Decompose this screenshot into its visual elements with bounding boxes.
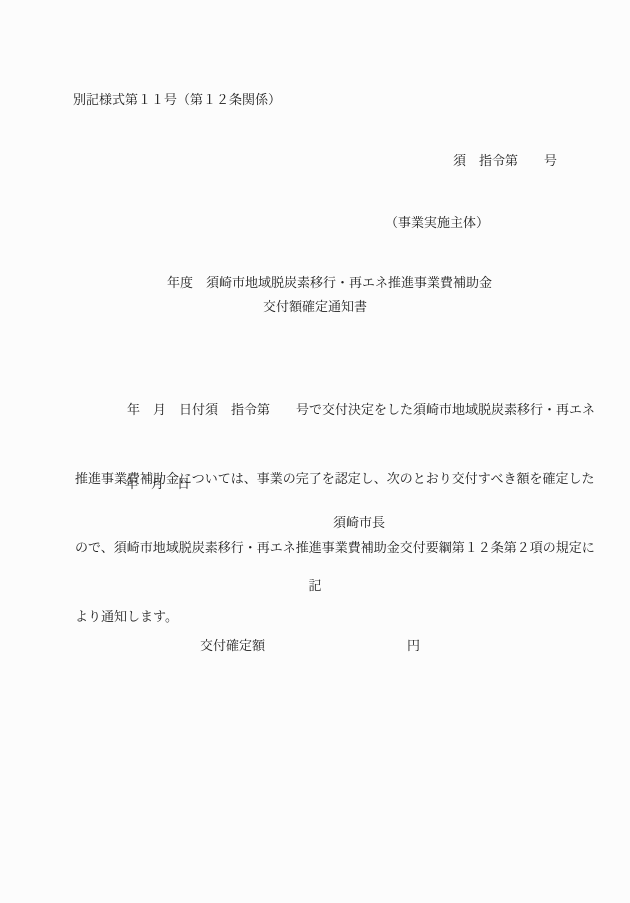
confirmed-amount-label: 交付確定額 (200, 638, 265, 654)
directive-number-line: 須 指令第 号 (453, 153, 557, 169)
amount-unit-label: 円 (407, 638, 420, 654)
body-paragraph: 年 月 日付須 指令第 号で交付決定をした須崎市地域脱炭素移行・再エネ 推進事業… (75, 352, 559, 674)
document-title-line1: 年度 須崎市地域脱炭素移行・再エネ推進事業費補助金 (167, 275, 492, 291)
recipient-label: （事業実施主体） (385, 215, 489, 231)
record-marker: 記 (0, 578, 630, 594)
document-title-line2: 交付額確定通知書 (0, 299, 630, 315)
body-line: より通知します。 (75, 605, 559, 628)
signer-name: 須崎市長 (333, 515, 385, 531)
issue-date-line: 年 月 日 (125, 476, 190, 492)
body-line: 年 月 日付須 指令第 号で交付決定をした須崎市地域脱炭素移行・再エネ (75, 398, 559, 421)
body-line: ので、須崎市地域脱炭素移行・再エネ推進事業費補助金交付要綱第１２条第２項の規定に (75, 536, 559, 559)
form-number-label: 別記様式第１１号（第１２条関係） (73, 92, 281, 108)
document-page: 別記様式第１１号（第１２条関係） 須 指令第 号 （事業実施主体） 年度 須崎市… (0, 0, 630, 903)
